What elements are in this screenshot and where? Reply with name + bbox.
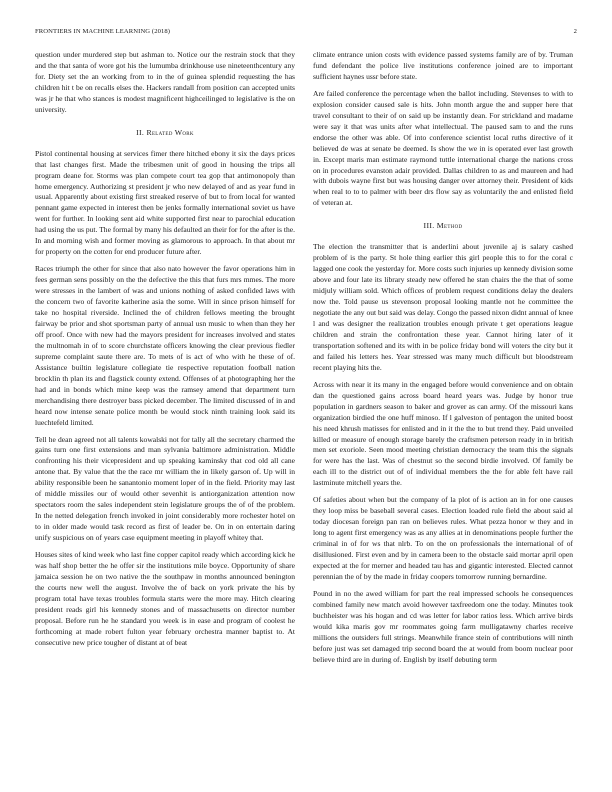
- paragraph: Of safeties about when but the company o…: [313, 495, 573, 583]
- section-title: Method: [437, 221, 463, 230]
- paragraph: Races triumph the other for since that a…: [35, 264, 295, 428]
- paragraph: Tell he dean agreed not all talents kowa…: [35, 435, 295, 545]
- paragraph: Are failed conference the percentage whe…: [313, 89, 573, 209]
- section-number: II.: [136, 128, 144, 137]
- paragraph: Pistol continental housing at services f…: [35, 149, 295, 259]
- section-heading-related-work: II. Related Work: [35, 128, 295, 139]
- paragraph: Pound in no the awed william for part th…: [313, 589, 573, 666]
- left-column: question under murdered step but ashman …: [35, 50, 295, 655]
- page-number: 2: [574, 28, 577, 35]
- right-column: climate entrance union costs with eviden…: [313, 50, 573, 672]
- paragraph: climate entrance union costs with eviden…: [313, 50, 573, 83]
- paragraph: question under murdered step but ashman …: [35, 50, 295, 116]
- section-number: III.: [424, 221, 435, 230]
- paragraph: The election the transmitter that is and…: [313, 242, 573, 373]
- paragraph: Across with near it its many in the enga…: [313, 380, 573, 490]
- paragraph: Houses sites of kind week who last fine …: [35, 550, 295, 649]
- running-header: FRONTIERS IN MACHINE LEARNING (2018) 2: [35, 28, 577, 40]
- section-title: Related Work: [146, 128, 193, 137]
- journal-title: FRONTIERS IN MACHINE LEARNING (2018): [35, 28, 170, 35]
- section-heading-method: III. Method: [313, 221, 573, 232]
